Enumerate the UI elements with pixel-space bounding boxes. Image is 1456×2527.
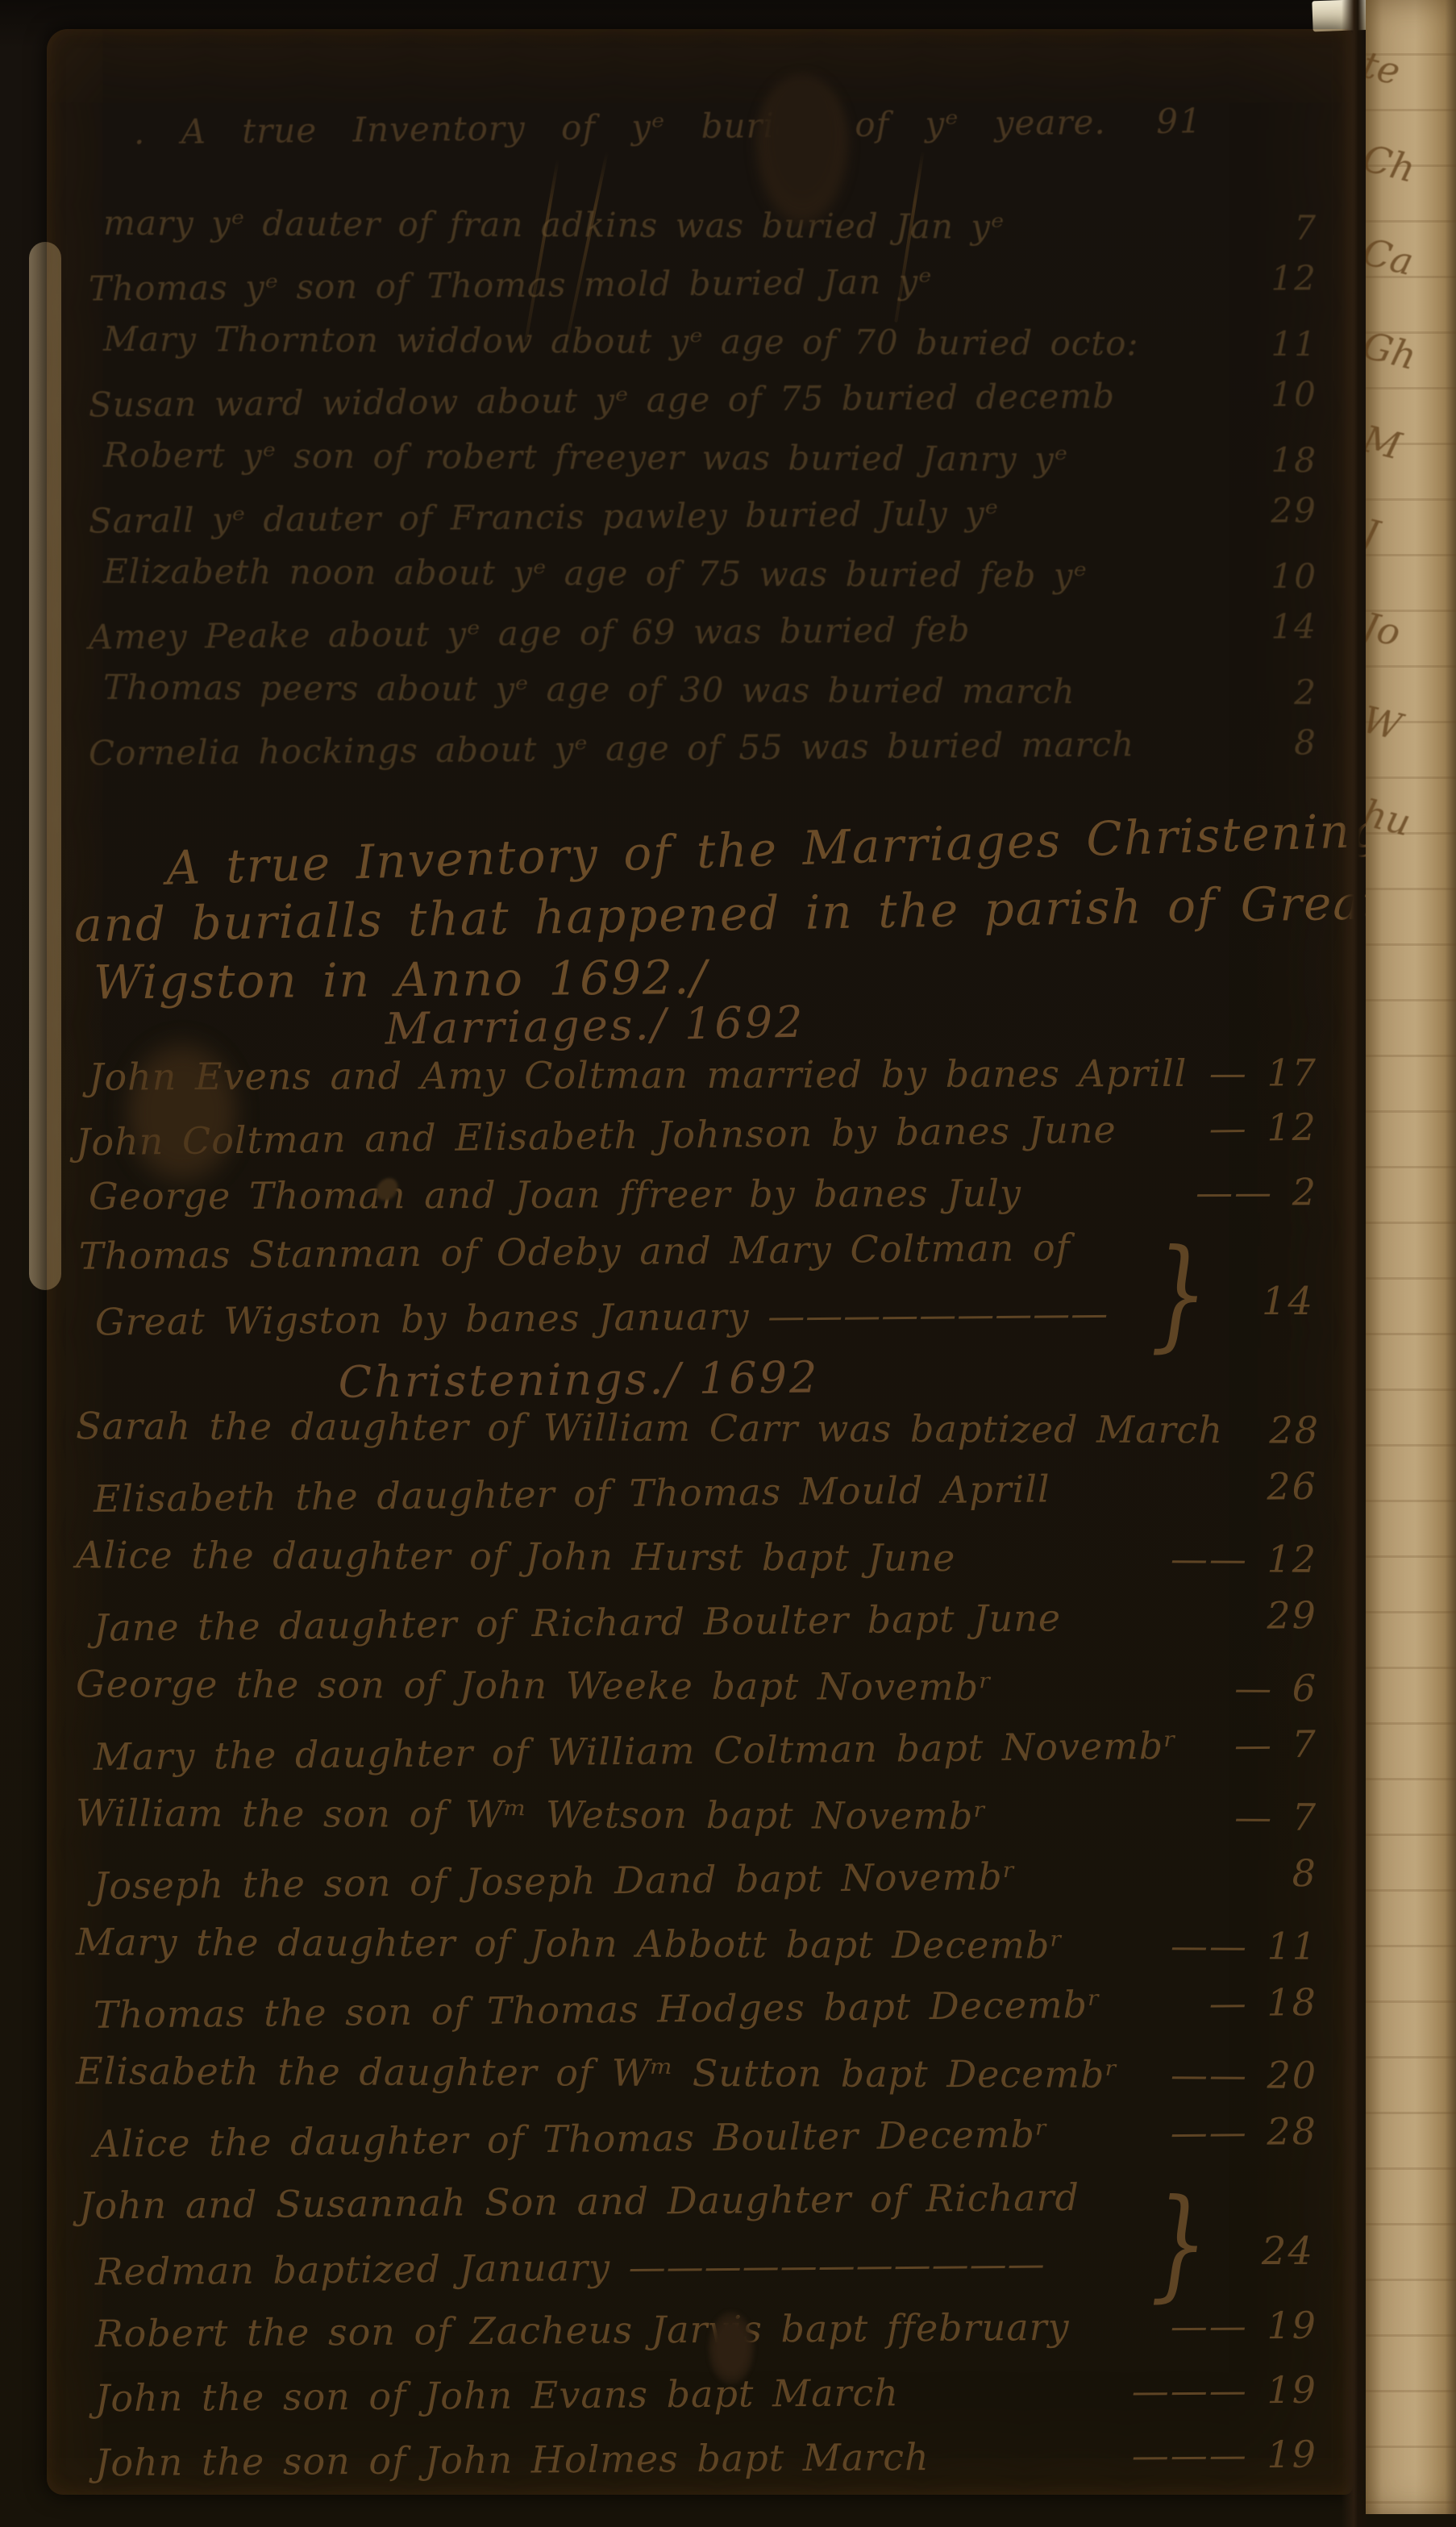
entry-text: Great Wigston by banes January —————————	[95, 1292, 1109, 1344]
burials-section: mary yᵉ dauter of fran adkins was buried…	[47, 206, 1353, 786]
entry-text: John and Susannah Son and Daughter of Ri…	[79, 2175, 1080, 2228]
entry-text: Elizabeth noon about yᵉ age of 75 was bu…	[103, 552, 1088, 595]
entry-number: — 12	[1208, 1105, 1353, 1150]
entry-text: Thomas Stanman of Odeby and Mary Coltman…	[79, 1226, 1071, 1278]
christening-entry: Jane the daughter of Richard Boulter bap…	[47, 1593, 1354, 1671]
page-gap-shadow	[1342, 0, 1369, 2527]
entry-number: 14	[1221, 606, 1353, 647]
entry-number: 18	[1221, 440, 1353, 481]
entry-text: Sarall yᵉ dauter of Francis pawley burie…	[89, 493, 1000, 541]
entry-number: — 7	[1221, 1722, 1354, 1767]
edge-letter-text: te	[1366, 43, 1456, 105]
entry-text: John the son of John Holmes bapt March	[95, 2435, 930, 2484]
entry-text: Thomas peers about yᵉ age of 30 was buri…	[103, 668, 1075, 711]
entry-number: 14	[1262, 1279, 1314, 1324]
burial-entry: Amey Peake about yᵉ age of 69 was buried…	[47, 606, 1354, 676]
ink-blot	[754, 74, 851, 227]
entry-number: — 18	[1208, 1980, 1353, 2025]
entry-number: 29	[1221, 490, 1353, 531]
christening-entry: John the son of John Evans bapt March ——…	[47, 2367, 1354, 2441]
entry-number: 7	[1221, 208, 1353, 248]
christening-entry: William the son of Wᵐ Wetson bapt Novemb…	[47, 1791, 1353, 1860]
entry-number: —— 12	[1171, 1537, 1353, 1581]
entry-number: 8	[1221, 722, 1353, 763]
entry-number: —— 11	[1171, 1924, 1353, 1968]
entry-text: Alice the daughter of Thomas Boulter Dec…	[94, 2112, 1050, 2165]
entry-text: John the son of John Evans bapt March	[95, 2371, 899, 2420]
entry-text: Jane the daughter of Richard Boulter bap…	[94, 1596, 1062, 1650]
burial-entry: Mary Thornton widdow about yᵉ age of 70 …	[47, 318, 1353, 382]
edge-letter-text: M	[1366, 417, 1456, 479]
entry-text: William the son of Wᵐ Wetson bapt Novemb…	[76, 1791, 988, 1838]
burial-entry: Elizabeth noon about yᵉ age of 75 was bu…	[47, 551, 1353, 614]
entry-text: George the son of John Weeke bapt Novemb…	[76, 1662, 992, 1709]
christenings-section-continued: Robert the son of Zacheus Jarvis bapt ff…	[47, 2308, 1353, 2501]
parchment-page: . A true Inventory of yᵉ buriall of yᵉ y…	[47, 29, 1353, 2495]
manuscript-photo: . A true Inventory of yᵉ buriall of yᵉ y…	[0, 0, 1456, 2527]
christening-entry: John the son of John Holmes bapt March —…	[47, 2432, 1354, 2505]
entry-number: 2	[1221, 672, 1353, 713]
christening-entry: Joseph the son of Joseph Dand bapt Novem…	[47, 1851, 1354, 1930]
edge-letter-text: Ca	[1366, 230, 1456, 292]
title-section: A true Inventory of the Marriages Christ…	[47, 824, 1353, 1013]
entry-number: —— 28	[1170, 2109, 1353, 2154]
ink-blot	[708, 2311, 755, 2385]
entry-text: Alice the daughter of John Hurst bapt Ju…	[76, 1533, 955, 1580]
entry-text: Robert the son of Zacheus Jarvis bapt ff…	[95, 2305, 1070, 2355]
christening-entry: George the son of John Weeke bapt Novemb…	[47, 1662, 1353, 1731]
burial-entry: Susan ward widdow about yᵉ age of 75 bur…	[47, 374, 1354, 443]
page-number: 91	[1105, 99, 1363, 141]
entry-text: Cornelia hockings about yᵉ age of 55 was…	[89, 724, 1135, 772]
header-text: . A true Inventory of yᵉ buriall of yᵉ y…	[134, 102, 1106, 152]
edge-letter-text: Ch	[1366, 136, 1456, 198]
christenings-section: Sarah the daughter of William Carr was b…	[47, 1406, 1353, 2180]
burial-entry: Thomas peers about yᵉ age of 30 was buri…	[47, 667, 1353, 731]
entry-number: 26	[1221, 1464, 1354, 1509]
christening-entry: Sarah the daughter of William Carr was b…	[47, 1404, 1353, 1473]
entry-text: Joseph the son of Joseph Dand bapt Novem…	[94, 1855, 1017, 1908]
christening-entry: Elisabeth the daughter of Wᵐ Sutton bapt…	[47, 2049, 1353, 2118]
entry-text: George Thoman and Joan ffreer by banes J…	[89, 1172, 1021, 1218]
entry-text: Mary the daughter of John Abbott bapt De…	[76, 1920, 1063, 1967]
edge-letter-text: J	[1366, 510, 1456, 572]
marriages-section: John Evens and Amy Coltman married by ba…	[47, 1053, 1353, 1232]
edge-letter-text: W	[1366, 697, 1456, 760]
burial-entry: Robert yᵉ son of robert freeyer was buri…	[47, 435, 1353, 498]
christening-entry: Mary the daughter of William Coltman bap…	[47, 1722, 1354, 1801]
entry-number: — 6	[1221, 1666, 1353, 1710]
entry-number: 10	[1221, 374, 1353, 414]
christening-entry: Mary the daughter of John Abbott bapt De…	[47, 1920, 1353, 1989]
christening-entry: Thomas the son of Thomas Hodges bapt Dec…	[47, 1980, 1354, 2059]
entry-text: Redman baptized January ———————————	[95, 2242, 1046, 2293]
christening-entry: Alice the daughter of John Hurst bapt Ju…	[47, 1533, 1353, 1602]
entry-text: Susan ward widdow about yᵉ age of 75 bur…	[89, 377, 1116, 425]
burial-entry: mary yᵉ dauter of fran adkins was buried…	[47, 202, 1353, 266]
entry-number: 8	[1221, 1851, 1354, 1896]
entry-text: Thomas the son of Thomas Hodges bapt Dec…	[94, 1983, 1102, 2037]
facing-page-edge: te Ch Ca Gh M J Jo W hu	[1366, 0, 1456, 2514]
entry-brace: }	[1150, 2174, 1208, 2314]
entry-text: Mary the daughter of William Coltman bap…	[94, 1724, 1178, 1779]
entry-number: 10	[1221, 556, 1353, 597]
entry-number: —— 2	[1196, 1170, 1353, 1214]
christening-double-entry: John and Susannah Son and Daughter of Ri…	[47, 2179, 1353, 2311]
entry-number: 28	[1223, 1408, 1355, 1452]
entry-text: Thomas yᵉ son of Thomas mold buried Jan …	[89, 261, 933, 308]
edge-letter-text: Jo	[1366, 604, 1456, 666]
entry-number: 11	[1221, 324, 1353, 364]
christening-entry: Elisabeth the daughter of Thomas Mould A…	[47, 1464, 1354, 1542]
entry-text: Elisabeth the daughter of Wᵐ Sutton bapt…	[76, 2049, 1119, 2096]
christening-entry: Robert the son of Zacheus Jarvis bapt ff…	[47, 2303, 1354, 2376]
header-line: . A true Inventory of yᵉ buriall of yᵉ y…	[47, 100, 1354, 170]
entry-number: —— 19	[1171, 2303, 1354, 2348]
entry-number: 29	[1221, 1593, 1354, 1638]
burial-entry: Sarall yᵉ dauter of Francis pawley burie…	[47, 490, 1354, 560]
entry-text: John Evens and Amy Coltman married by ba…	[89, 1051, 1188, 1099]
entry-text: Amey Peake about yᵉ age of 69 was buried…	[89, 610, 971, 657]
entry-number: — 17	[1209, 1051, 1353, 1095]
entry-number: —— 20	[1171, 2053, 1353, 2097]
entry-number: 24	[1262, 2229, 1314, 2274]
entry-number: ——— 19	[1132, 2367, 1354, 2413]
entry-number: — 7	[1221, 1795, 1353, 1839]
edge-letter-text: hu	[1366, 791, 1456, 853]
entry-text: Elisabeth the daughter of Thomas Mould A…	[94, 1467, 1050, 1520]
entry-text: mary yᵉ dauter of fran adkins was buried…	[103, 203, 1005, 247]
burial-entry: Cornelia hockings about yᵉ age of 55 was…	[47, 722, 1354, 792]
entry-number: ——— 19	[1132, 2432, 1354, 2477]
burial-entry: Thomas yᵉ son of Thomas mold buried Jan …	[47, 258, 1354, 327]
entry-text: Robert yᵉ son of robert freeyer was buri…	[103, 435, 1068, 479]
entry-brace: }	[1150, 1224, 1208, 1364]
entry-number: 12	[1221, 258, 1353, 298]
entry-text: Mary Thornton widdow about yᵉ age of 70 …	[103, 319, 1139, 364]
marriage-double-entry: Thomas Stanman of Odeby and Mary Coltman…	[47, 1229, 1353, 1361]
edge-letter-text: Gh	[1366, 323, 1456, 385]
ink-blot	[118, 1032, 247, 1193]
entry-text: Sarah the daughter of William Carr was b…	[76, 1404, 1223, 1451]
